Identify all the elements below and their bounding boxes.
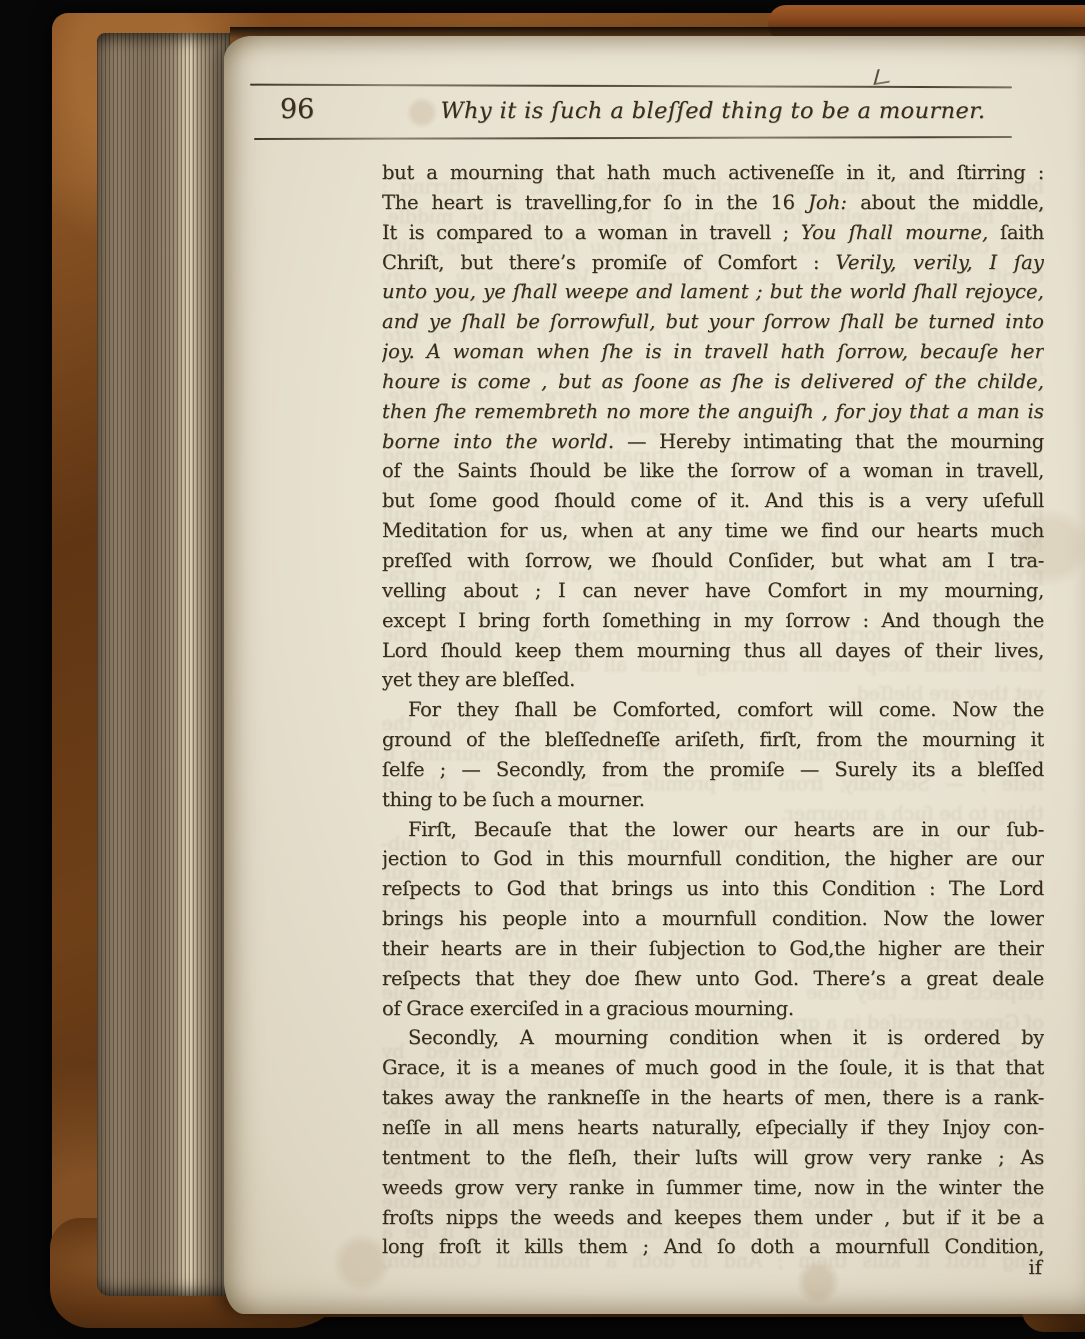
text-line: froſts nipps the weeds and keepes them u… [382,1203,1044,1233]
catchword: if [382,1256,1042,1279]
page-number: 96 [280,94,314,125]
running-title: Why it is ſuch a bleſſed thing to be a m… [382,98,1044,124]
text-line: reſpects to God that brings us into this… [382,874,1044,904]
text-line: unto you, ye ſhall weepe and lament ; bu… [382,277,1044,307]
text-line: jection to God in this mournfull conditi… [382,844,1044,874]
text-line: brings his people into a mournfull condi… [382,904,1044,934]
text-line: Secondly, A mourning condition when it i… [382,1023,1044,1053]
text-line: neſſe in all mens hearts naturally, eſpe… [382,1113,1044,1143]
ink-mark [873,67,893,85]
text-line: weeds grow very ranke in ſummer time, no… [382,1173,1044,1203]
text-line: ſelfe ; — Secondly, from the promiſe — S… [382,755,1044,785]
header-rule-top [250,84,1012,89]
text-line: but ſome good ſhould come of it. And thi… [382,486,1044,516]
text-line: their hearts are in their ſubjection to … [382,934,1044,964]
text-line: Chriſt, but there’s promiſe of Comfort :… [382,248,1044,278]
text-line: preſſed with ſorrow, we ſhould Conſider,… [382,546,1044,576]
text-line: The heart is travelling,for ſo in the 16… [382,188,1044,218]
book-page: 96 Why it is ſuch a bleſſed thing to be … [224,36,1085,1314]
header-rule-bottom [254,136,1012,140]
text-line: ground of the bleſſedneſſe ariſeth, firſ… [382,725,1044,755]
text-line: Grace, it is a meanes of much good in th… [382,1053,1044,1083]
text-line: then ſhe remembreth no more the anguiſh … [382,397,1044,427]
text-line: of Grace exerciſed in a gracious mournin… [382,994,1044,1024]
text-line: except I bring forth ſomething in my ſor… [382,606,1044,636]
text-line: joy. A woman when ſhe is in travell hath… [382,337,1044,367]
book-photo: 96 Why it is ſuch a bleſſed thing to be … [0,0,1085,1339]
text-line: and ye ſhall be ſorrowfull, but your ſor… [382,307,1044,337]
text-line: velling about ; I can never have Comfort… [382,576,1044,606]
text-line: takes away the rankneſſe in the hearts o… [382,1083,1044,1113]
text-line: of the Saints ſhould be like the ſorrow … [382,456,1044,486]
text-line: thing to be ſuch a mourner. [382,785,1044,815]
book-fore-edge-pages [97,33,230,1296]
text-line: yet they are bleſſed. [382,665,1044,695]
text-line: borne into the world. — Hereby intimatin… [382,427,1044,457]
text-line: Lord ſhould keep them mourning thus all … [382,636,1044,666]
text-line: houre is come , but as ſoone as ſhe is d… [382,367,1044,397]
body-text: but a mourning that hath much activeneſſ… [382,158,1044,1262]
text-line: tentment to the fleſh, their luſts will … [382,1143,1044,1173]
text-line: Firſt, Becauſe that the lower our hearts… [382,815,1044,845]
text-line: It is compared to a woman in travell ; Y… [382,218,1044,248]
text-line: For they ſhall be Comforted, comfort wil… [382,695,1044,725]
text-line: reſpects that they doe ſhew unto God. Th… [382,964,1044,994]
text-line: Meditation for us, when at any time we f… [382,516,1044,546]
text-line: but a mourning that hath much activeneſſ… [382,158,1044,188]
